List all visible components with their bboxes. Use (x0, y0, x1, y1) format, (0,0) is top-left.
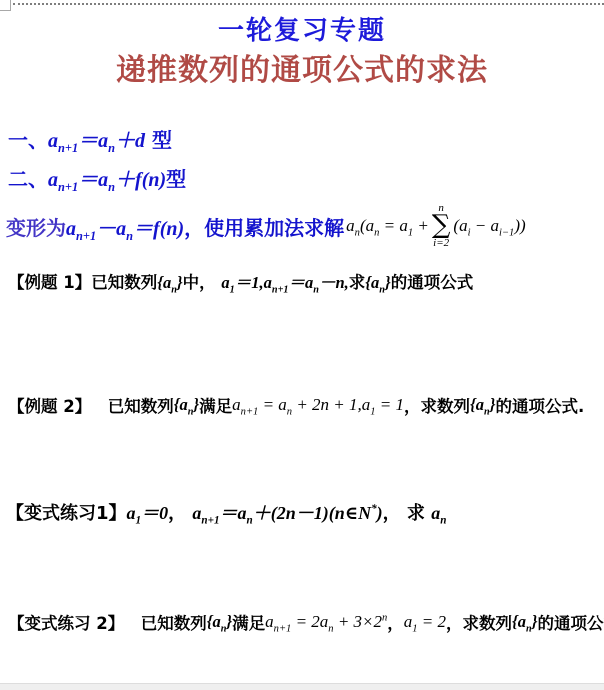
example2-line: 【例题 2】 已知数列{an}满足an+1 = an + 2n + 1, a1 … (8, 393, 584, 417)
accumulation-formula: an(an = a1 + n ∑ i=2 (ai − ai−1)) (346, 203, 525, 248)
example2-math2: a1 = 1 (362, 395, 404, 415)
bottom-page-edge (0, 683, 604, 690)
page-title-line2: 递推数列的通项公式的求法 (0, 45, 604, 89)
example1-text1: 已知数列 (91, 273, 157, 292)
example2-text3: ，求数列 (404, 393, 470, 417)
section-type2: 二、an+1＝an＋f(n)型 (8, 163, 186, 192)
section-type1-suffix: 型 (145, 128, 172, 152)
example2-text2: 满足 (199, 393, 232, 417)
page-title-line1: 一轮复习专题 (0, 10, 604, 47)
formula-pre: an(an = a1 + (346, 216, 429, 236)
section-type2-label: 二、 (8, 167, 48, 191)
example1-seq2: {an} (365, 273, 390, 292)
document-page: 一轮复习专题 递推数列的通项公式的求法 一、an+1＝an＋d 型 二、an+1… (0, 0, 604, 690)
practice2-text3: ，求数列 (446, 610, 512, 634)
section-type2-suffix: 型 (166, 167, 186, 191)
practice2-line: 【变式练习 2】 已知数列{an}满足an+1 = 2an + 3×2n， a1… (8, 610, 604, 634)
summation-symbol: n ∑ i=2 (432, 203, 451, 248)
practice1-line: 【变式练习1】a1＝0， an+1＝an＋(2n－1)(n∈N*)， 求 an (6, 499, 446, 525)
example1-tag: 【例题 1】 (8, 273, 91, 292)
example1-text3: 求 (349, 273, 366, 292)
practice2-text1: 已知数列 (124, 610, 207, 634)
example2-seq1: {an} (174, 395, 199, 415)
example1-text4: 的通项公式 (391, 273, 474, 292)
transform-lead: 变形为 (6, 212, 66, 241)
example1-line: 【例题 1】已知数列{an}中， a1＝1,an+1＝an－n,求{an}的通项… (8, 269, 473, 293)
practice2-sep1: ， (387, 610, 404, 634)
practice2-seq1: {an} (207, 612, 232, 632)
example2-math1: an+1 = an + 2n + 1, (232, 395, 362, 415)
example2-tag: 【例题 2】 (8, 393, 91, 417)
practice1-math1: a1＝0 (127, 503, 169, 523)
practice1-math2: an+1＝an＋(2n－1)(n∈N*) (192, 503, 382, 523)
summation-lower-limit: i=2 (433, 238, 449, 249)
example1-math: a1＝1,an+1＝an－n, (221, 273, 348, 292)
section-type1: 一、an+1＝an＋d 型 (8, 124, 172, 153)
practice2-tag: 【变式练习 2】 (8, 610, 124, 634)
example1-text2: 中， (183, 273, 222, 292)
practice2-text4: 的通项公式. (537, 610, 604, 634)
practice1-math3: an (431, 503, 446, 523)
practice2-math1: an+1 = 2an + 3×2n (265, 612, 387, 632)
example2-text1: 已知数列 (91, 393, 174, 417)
transform-method-text: ，使用累加法求解 (184, 212, 344, 241)
transform-line: 变形为 an+1－an＝f(n) ，使用累加法求解 an(an = a1 + n… (6, 195, 526, 257)
section-type1-formula: an+1＝an＋d (48, 130, 145, 152)
example2-text4: 的通项公式. (495, 393, 584, 417)
practice2-text2: 满足 (232, 610, 265, 634)
transform-recurrence: an+1－an＝f(n) (66, 212, 184, 241)
example1-seq1: {an} (157, 273, 182, 292)
sigma-icon: ∑ (432, 214, 451, 237)
formula-post: (ai − ai−1)) (453, 216, 525, 236)
practice2-math2: a1 = 2 (404, 612, 446, 632)
practice1-sep1: ， (168, 503, 192, 524)
example2-seq2: {an} (470, 395, 495, 415)
top-dotted-border (13, 3, 604, 5)
section-type2-formula: an+1＝an＋f(n) (48, 169, 166, 191)
section-type1-label: 一、 (8, 128, 48, 152)
practice1-tag: 【变式练习1】 (6, 503, 127, 524)
practice2-seq2: {an} (512, 612, 537, 632)
practice1-sep2: ， 求 (383, 503, 432, 524)
